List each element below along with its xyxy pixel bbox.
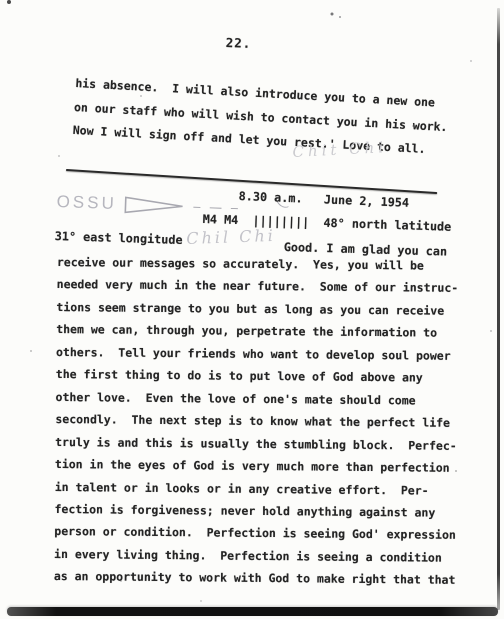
session-time-date: 8.30 a.m. June 2, 1954	[238, 189, 409, 210]
scan-edge-artifact-bottom	[7, 607, 498, 616]
message-body: receive our messages so accurately. Yes,…	[54, 251, 459, 592]
page-number: 22.	[225, 35, 251, 51]
ossu-text: OSSU	[56, 192, 117, 214]
handwritten-triangle-mark	[123, 193, 186, 217]
scan-edge-artifact-right	[497, 8, 500, 610]
scanned-document-page: 22. his absence. I will also introduce y…	[0, 0, 504, 619]
typed-line: as an opportunity to work with God to ma…	[54, 565, 456, 591]
closing-paragraph: his absence. I will also introduce you t…	[72, 72, 449, 163]
scan-noise-specks	[0, 0, 2, 2]
session-longitude: 31° east longitude	[55, 229, 183, 247]
faint-handwriting-mid: Chil Chi	[186, 226, 276, 248]
